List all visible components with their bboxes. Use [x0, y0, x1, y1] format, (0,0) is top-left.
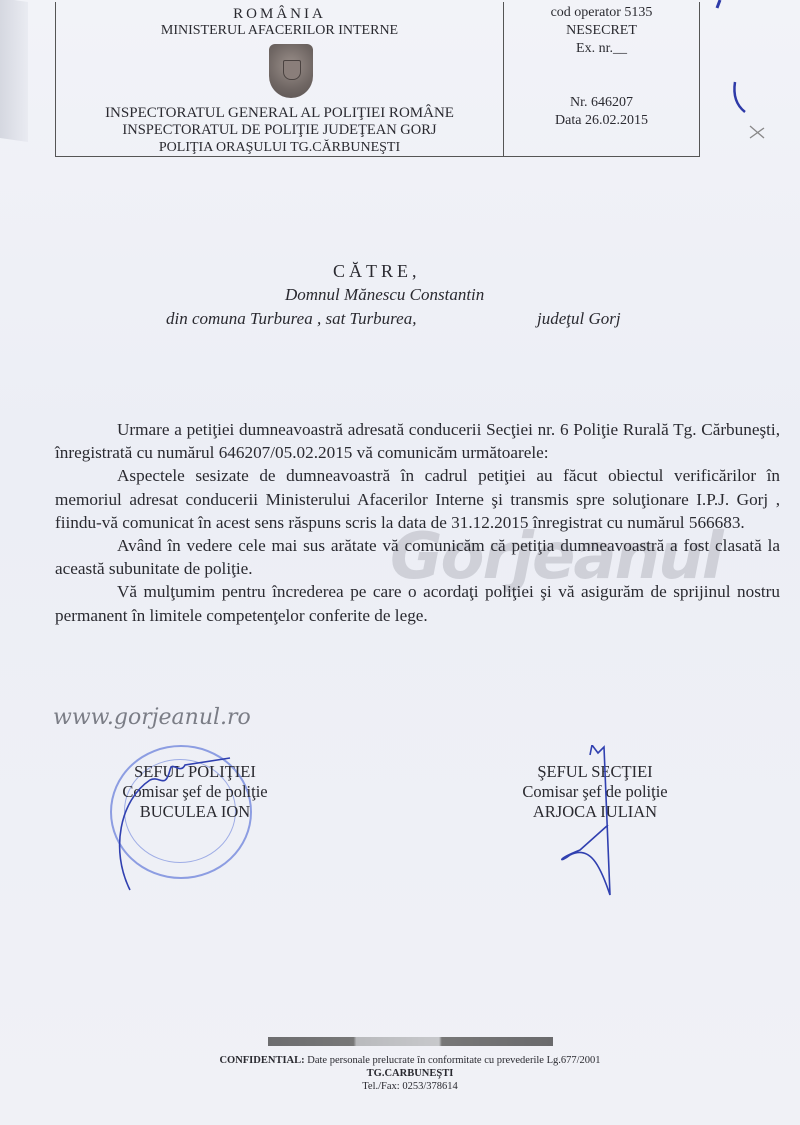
general-inspectorate: INSPECTORATUL GENERAL AL POLIŢIEI ROMÂNE	[56, 105, 503, 122]
registration-box: cod operator 5135 NESECRET Ex. nr.__ Nr.…	[504, 2, 699, 156]
confidentiality-notice: CONFIDENTIAL: Date personale prelucrate …	[180, 1054, 640, 1067]
salutation: CĂTRE,	[333, 261, 421, 282]
watermark-url: www.gorjeanul.ro	[53, 705, 251, 730]
document-page: ROMÂNIA MINISTERUL AFACERILOR INTERNE IN…	[0, 0, 800, 1125]
handwritten-signature-right-icon	[550, 745, 670, 905]
confidential-text: Date personale prelucrate în conformitat…	[305, 1055, 601, 1066]
paragraph: Aspectele sesizate de dumneavoastră în c…	[55, 464, 780, 534]
coat-of-arms-icon	[269, 44, 313, 98]
footer-divider	[268, 1037, 553, 1046]
paragraph: Având în vedere cele mai sus arătate vă …	[55, 534, 780, 580]
classification: NESECRET	[504, 23, 699, 39]
county-inspectorate: INSPECTORATUL DE POLIŢIE JUDEŢEAN GORJ	[56, 122, 503, 139]
handwritten-signature-left-icon	[100, 740, 300, 900]
letter-body: Urmare a petiţiei dumneavoastră adresată…	[55, 418, 780, 627]
copy-number: Ex. nr.__	[504, 41, 699, 57]
paragraph: Urmare a petiţiei dumneavoastră adresată…	[55, 418, 780, 464]
country-name: ROMÂNIA	[56, 6, 503, 23]
letterhead-institution: ROMÂNIA MINISTERUL AFACERILOR INTERNE IN…	[56, 2, 504, 156]
registration-date: Data 26.02.2015	[504, 113, 699, 129]
pen-mark-icon	[700, 0, 800, 150]
paragraph: Vă mulţumim pentru încrederea pe care o …	[55, 580, 780, 626]
registration-number: Nr. 646207	[504, 95, 699, 111]
letterhead: ROMÂNIA MINISTERUL AFACERILOR INTERNE IN…	[55, 2, 700, 157]
recipient-county: judeţul Gorj	[537, 309, 621, 329]
local-police: POLIŢIA ORAŞULUI TG.CĂRBUNEŞTI	[56, 140, 503, 156]
footer-phone: Tel./Fax: 0253/378614	[180, 1080, 640, 1093]
recipient-name: Domnul Mănescu Constantin	[285, 285, 484, 305]
document-footer: CONFIDENTIAL: Date personale prelucrate …	[180, 1054, 640, 1093]
folded-paper-edge	[0, 0, 28, 142]
footer-city: TG.CARBUNEŞTI	[180, 1067, 640, 1080]
confidential-label: CONFIDENTIAL:	[219, 1055, 304, 1066]
ministry-name: MINISTERUL AFACERILOR INTERNE	[56, 23, 503, 39]
operator-code: cod operator 5135	[504, 5, 699, 21]
recipient-address: din comuna Turburea , sat Turburea,	[166, 309, 416, 329]
